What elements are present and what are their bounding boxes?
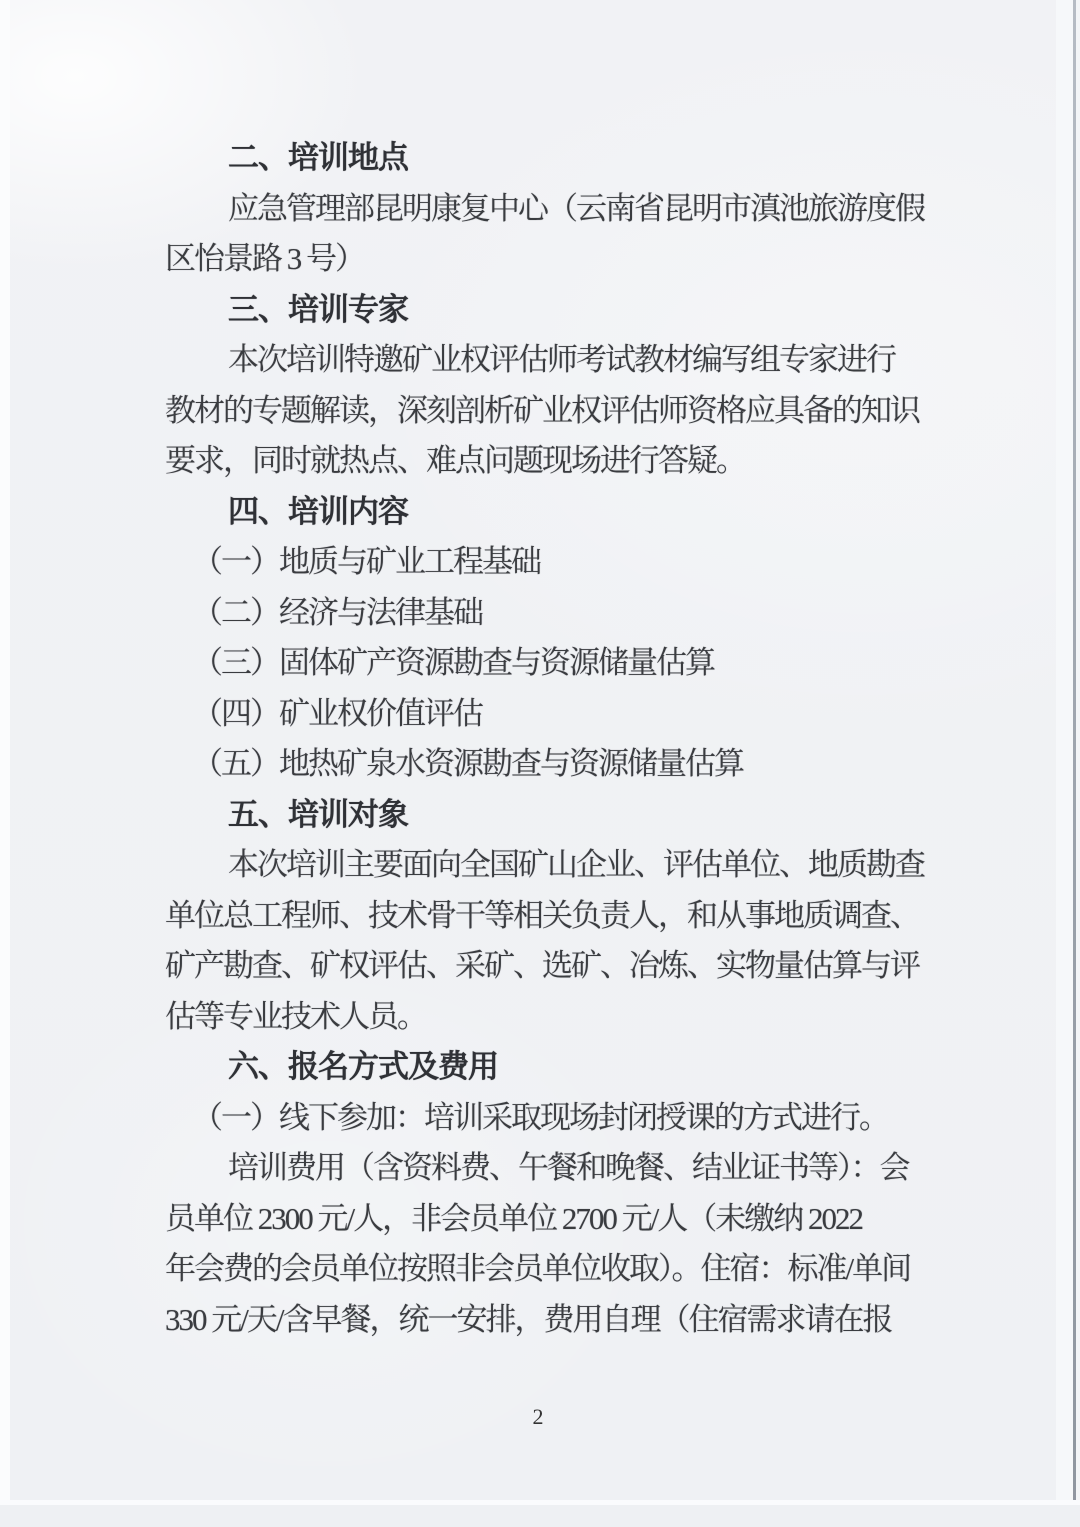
document-line: 单位总工程师、技术骨干等相关负责人，和从事地质调查、 (0, 891, 1080, 942)
document-line: （一）线下参加：培训采取现场封闭授课的方式进行。 (0, 1093, 1080, 1144)
document-line: 员单位 2300 元/人，非会员单位 2700 元/人（未缴纳 2022 (0, 1194, 1080, 1245)
scan-bottom-band (0, 1505, 1080, 1527)
section-heading-training-location: 二、培训地点 (0, 133, 1080, 184)
section-heading-training-audience: 五、培训对象 (0, 790, 1080, 841)
document-line: （四）矿业权价值评估 (0, 689, 1080, 740)
document-body: 二、培训地点 应急管理部昆明康复中心（云南省昆明市滇池旅游度假 区怡景路 3 号… (0, 133, 1080, 1345)
document-line: 年会费的会员单位按照非会员单位收取）。住宿：标准/单间 (0, 1244, 1080, 1295)
scanned-document-page: 二、培训地点 应急管理部昆明康复中心（云南省昆明市滇池旅游度假 区怡景路 3 号… (0, 0, 1080, 1527)
document-line: 应急管理部昆明康复中心（云南省昆明市滇池旅游度假 (0, 184, 1080, 235)
document-line: 330 元/天/含早餐，统一安排，费用自理（住宿需求请在报 (0, 1295, 1080, 1346)
document-line: 估等专业技术人员。 (0, 992, 1080, 1043)
document-line: 区怡景路 3 号） (0, 234, 1080, 285)
document-line: （一）地质与矿业工程基础 (0, 537, 1080, 588)
document-line: 本次培训特邀矿业权评估师考试教材编写组专家进行 (0, 335, 1080, 386)
document-line: （五）地热矿泉水资源勘查与资源储量估算 (0, 739, 1080, 790)
section-heading-training-content: 四、培训内容 (0, 487, 1080, 538)
section-heading-training-experts: 三、培训专家 (0, 285, 1080, 336)
document-line: （二）经济与法律基础 (0, 588, 1080, 639)
document-line: 要求，同时就热点、难点问题现场进行答疑。 (0, 436, 1080, 487)
document-line: 培训费用（含资料费、午餐和晚餐、结业证书等）：会 (0, 1143, 1080, 1194)
document-line: 本次培训主要面向全国矿山企业、评估单位、地质勘查 (0, 840, 1080, 891)
page-number: 2 (498, 1404, 578, 1430)
document-line: 教材的专题解读，深刻剖析矿业权评估师资格应具备的知识 (0, 386, 1080, 437)
document-line: 矿产勘查、矿权评估、采矿、选矿、冶炼、实物量估算与评 (0, 941, 1080, 992)
section-heading-registration-fees: 六、报名方式及费用 (0, 1042, 1080, 1093)
document-line: （三）固体矿产资源勘查与资源储量估算 (0, 638, 1080, 689)
